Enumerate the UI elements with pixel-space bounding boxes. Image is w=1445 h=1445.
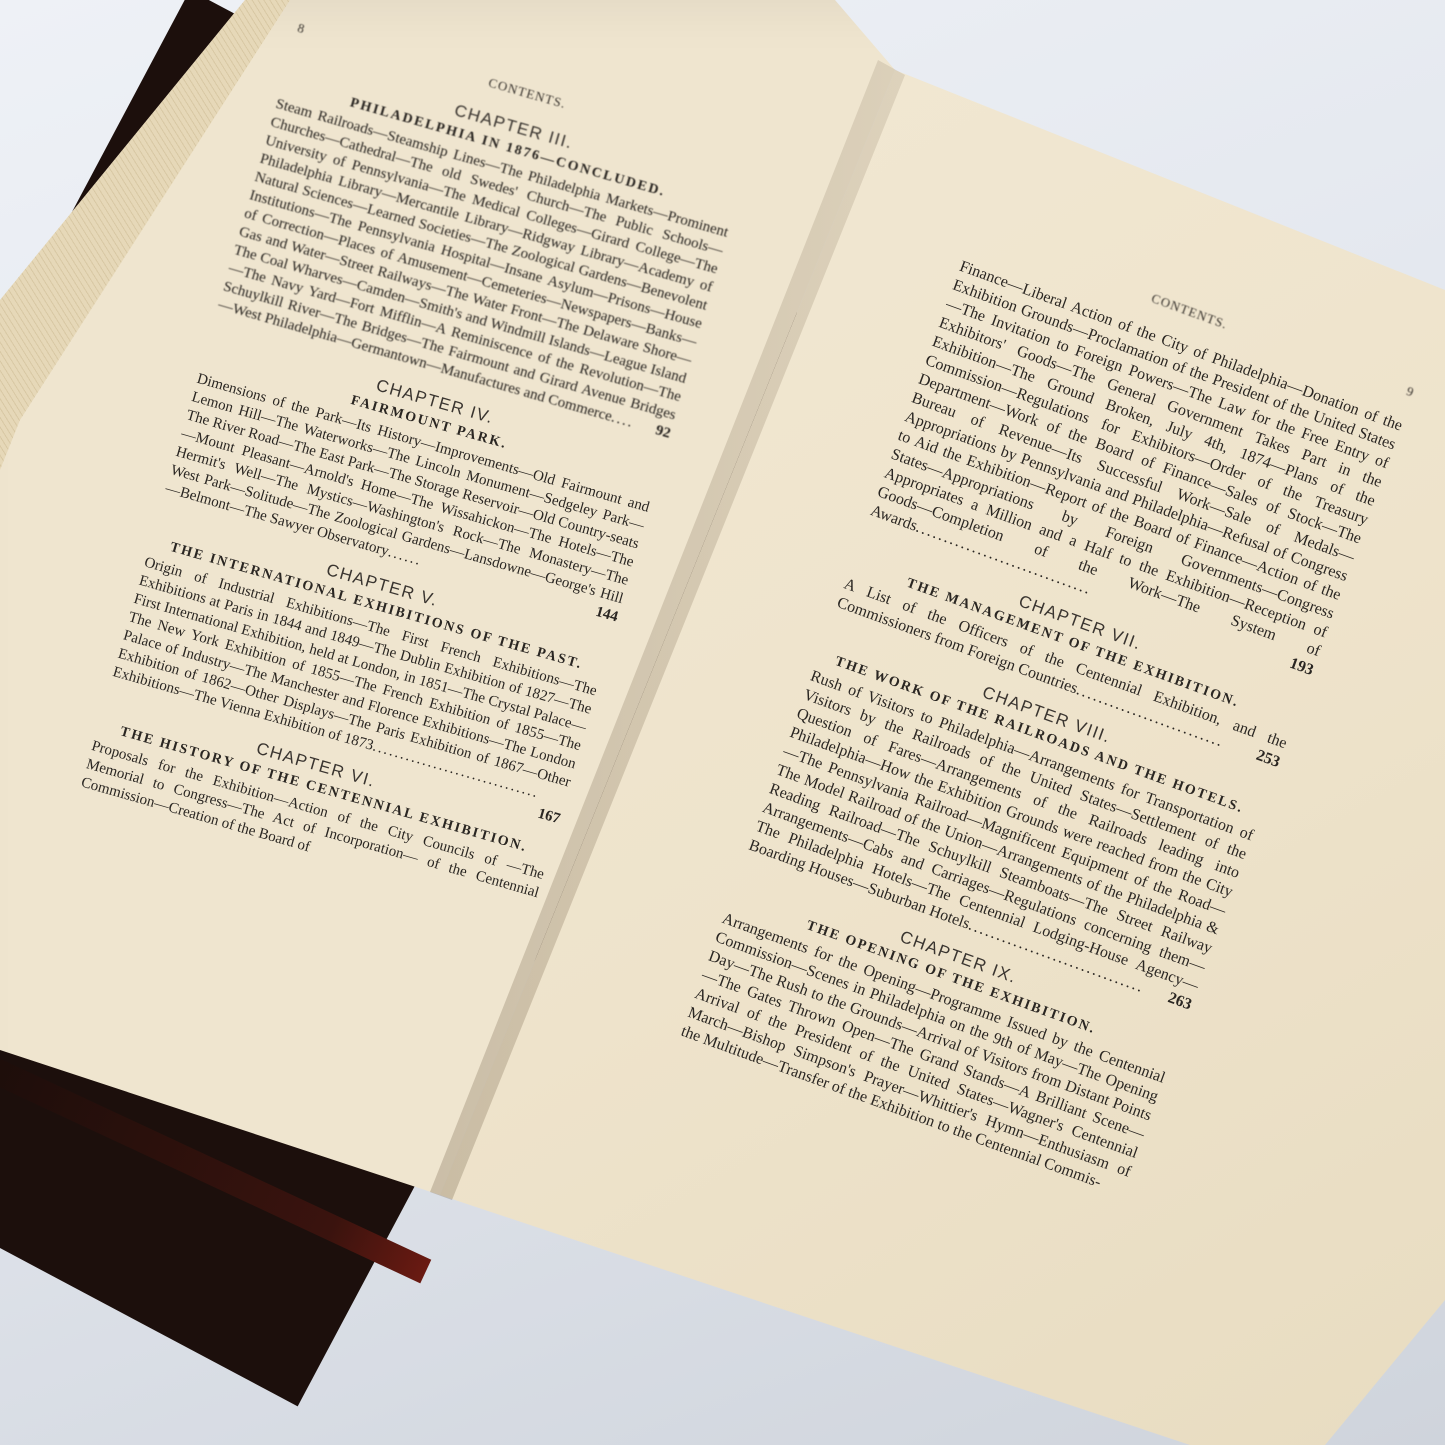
dot-leader: .... (609, 410, 636, 432)
photo-scene: 8 CONTENTS. CHAPTER III. PHILADELPHIA IN… (0, 0, 1445, 1445)
